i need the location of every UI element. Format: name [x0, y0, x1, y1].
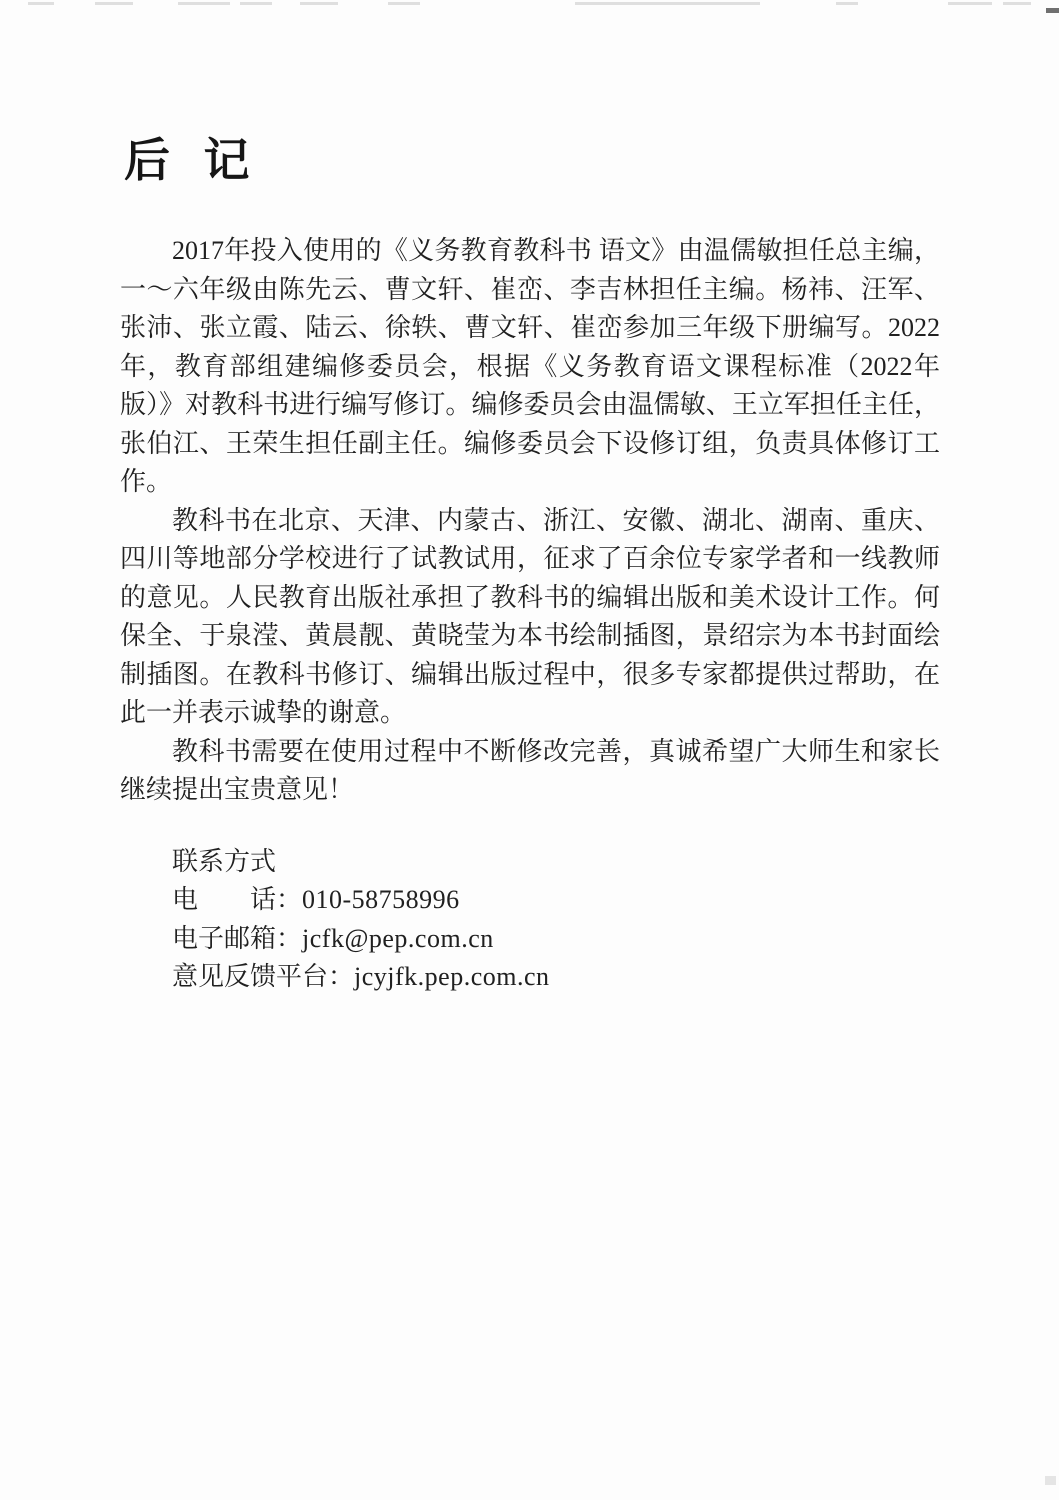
- scan-artifact: [948, 2, 992, 5]
- paragraph-acknowledgements: 教科书在北京、天津、内蒙古、浙江、安徽、湖北、湖南、重庆、四川等地部分学校进行了…: [120, 502, 940, 733]
- contact-line-email: 电子邮箱：jcfk@pep.com.cn: [172, 920, 940, 959]
- document-page: 后 记 2017年投入使用的《义务教育教科书 语文》由温儒敏担任总主编，一～六年…: [0, 0, 1059, 1500]
- phone-label: 电话: [172, 881, 276, 920]
- contact-section: 联系方式 电话：010-58758996 电子邮箱：jcfk@pep.com.c…: [172, 843, 940, 997]
- scan-artifact: [1046, 8, 1059, 13]
- feedback-platform-url: jcyjfk.pep.com.cn: [354, 962, 550, 991]
- page-title: 后 记: [124, 124, 261, 190]
- phone-colon: ：: [276, 885, 302, 914]
- paragraph-editors: 2017年投入使用的《义务教育教科书 语文》由温儒敏担任总主编，一～六年级由陈先…: [120, 232, 940, 502]
- scan-artifact: [575, 2, 760, 5]
- afterword-body: 2017年投入使用的《义务教育教科书 语文》由温儒敏担任总主编，一～六年级由陈先…: [120, 232, 940, 997]
- email-label: 电子邮箱: [172, 920, 276, 959]
- scan-artifact: [836, 2, 858, 5]
- contact-heading: 联系方式: [172, 843, 940, 882]
- feedback-platform-label: 意见反馈平台: [172, 958, 328, 997]
- phone-number: 010-58758996: [302, 885, 460, 914]
- scan-artifact: [388, 2, 420, 5]
- scan-artifact: [178, 2, 230, 5]
- email-address: jcfk@pep.com.cn: [302, 924, 494, 953]
- scan-artifact: [28, 2, 54, 5]
- contact-line-feedback-platform: 意见反馈平台：jcyjfk.pep.com.cn: [172, 958, 940, 997]
- email-colon: ：: [276, 924, 302, 953]
- scan-artifact: [1003, 2, 1031, 5]
- scan-artifact: [1045, 1476, 1056, 1485]
- contact-line-phone: 电话：010-58758996: [172, 881, 940, 920]
- scan-artifact: [300, 2, 338, 5]
- feedback-platform-colon: ：: [328, 962, 354, 991]
- paragraph-feedback-request: 教科书需要在使用过程中不断修改完善，真诚希望广大师生和家长继续提出宝贵意见！: [120, 733, 940, 810]
- scan-artifact: [240, 2, 272, 5]
- scan-artifact: [95, 2, 133, 5]
